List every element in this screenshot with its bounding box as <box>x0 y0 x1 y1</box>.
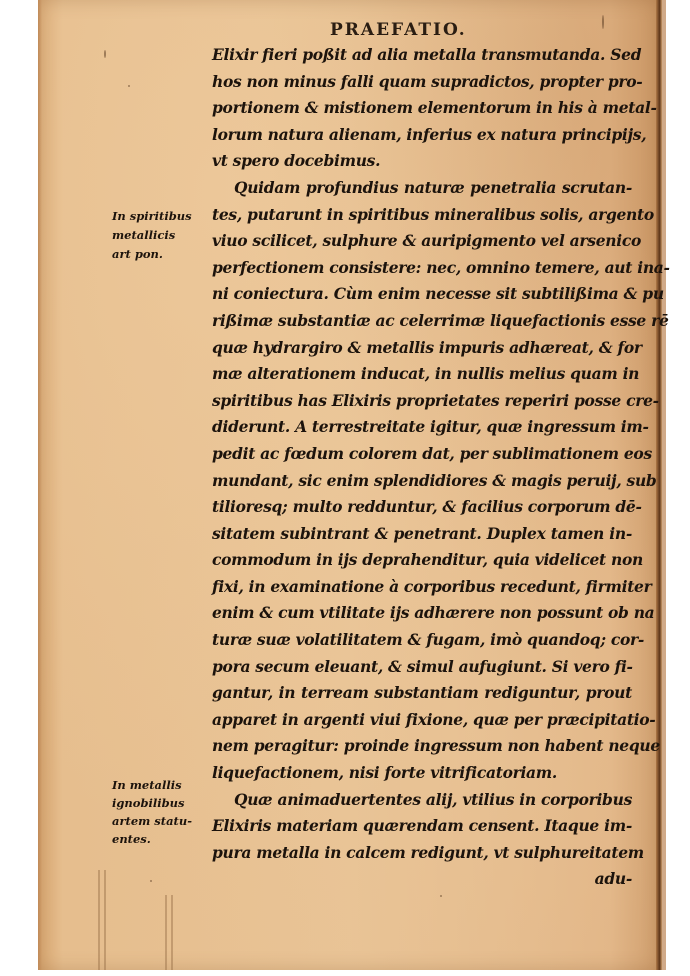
text-line: gantur, in terream substantiam rediguntu… <box>212 680 632 707</box>
page-left-edge <box>38 0 42 970</box>
sidenote-spirits: In spiritibus metallicis art pon. <box>112 207 208 264</box>
sidenote-line: metallicis <box>112 226 208 245</box>
text-line: lorum natura alienam, inferius ex natura… <box>212 122 632 149</box>
text-line: enim & cum vtilitate ijs adhærere non po… <box>212 600 632 627</box>
text-line: pora secum eleuant, & simul aufugiunt. S… <box>212 654 632 681</box>
text-line: turæ suæ volatilitatem & fugam, imò quan… <box>212 627 632 654</box>
text-line: apparet in argenti viui fixione, quæ per… <box>212 707 632 734</box>
text-line: perfectionem consistere: nec, omnino tem… <box>212 255 632 282</box>
sidenote-line: art pon. <box>112 245 208 264</box>
text-line: Quæ animaduertentes alij, vtilius in cor… <box>212 787 632 814</box>
text-line: mæ alterationem inducat, in nullis meliu… <box>212 361 632 388</box>
text-line: ni coniectura. Cùm enim necesse sit subt… <box>212 281 632 308</box>
text-line: Quidam profundius naturæ penetralia scru… <box>212 175 632 202</box>
text-line: tilioresq; multo redduntur, & facilius c… <box>212 494 632 521</box>
text-line: pedit ac fœdum colorem dat, per sublimat… <box>212 441 632 468</box>
catchword: adu- <box>212 866 632 893</box>
text-line: portionem & mistionem elementorum in his… <box>212 95 632 122</box>
body-text: Elixir fieri poßit ad alia metalla trans… <box>212 42 632 893</box>
paper-speck <box>440 895 442 897</box>
text-line: tes, putarunt in spiritibus mineralibus … <box>212 202 632 229</box>
text-line: quæ hydrargiro & metallis impuris adhære… <box>212 335 632 362</box>
paper-speck <box>602 15 604 29</box>
sidenote-metals: In metallis ignobilibus artem statu- ent… <box>112 776 208 848</box>
margin-rule-line <box>98 870 100 970</box>
margin-rule-line <box>165 895 167 970</box>
sidenote-line: entes. <box>112 830 208 848</box>
text-line: liquefactionem, nisi forte vitrificatori… <box>212 760 632 787</box>
sidenote-line: ignobilibus <box>112 794 208 812</box>
text-line: viuo scilicet, sulphure & auripigmento v… <box>212 228 632 255</box>
text-line: nem peragitur: proinde ingressum non hab… <box>212 733 632 760</box>
text-line: fixi, in examinatione à corporibus reced… <box>212 574 632 601</box>
text-line: commodum in ijs deprahenditur, quia vide… <box>212 547 632 574</box>
paper-speck <box>150 880 152 882</box>
margin-rule-line <box>171 895 173 970</box>
text-line: vt spero docebimus. <box>212 148 632 175</box>
running-head: PRAEFATIO. <box>330 20 467 40</box>
paper-speck <box>128 85 130 87</box>
margin-rule-line <box>104 870 106 970</box>
sidenote-line: In spiritibus <box>112 207 208 226</box>
text-line: hos non minus falli quam supradictos, pr… <box>212 69 632 96</box>
text-line: mundant, sic enim splendidiores & magis … <box>212 468 632 495</box>
binding-strip <box>662 0 666 970</box>
text-line: rißimæ substantiæ ac celerrimæ liquefact… <box>212 308 632 335</box>
sidenote-line: In metallis <box>112 776 208 794</box>
text-line: spiritibus has Elixiris proprietates rep… <box>212 388 632 415</box>
text-line: sitatem subintrant & penetrant. Duplex t… <box>212 521 632 548</box>
text-line: Elixir fieri poßit ad alia metalla trans… <box>212 42 632 69</box>
text-line: pura metalla in calcem redigunt, vt sulp… <box>212 840 632 867</box>
text-line: diderunt. A terrestreitate igitur, quæ i… <box>212 414 632 441</box>
text-line: Elixiris materiam quærendam censent. Ita… <box>212 813 632 840</box>
paper-speck <box>104 50 106 58</box>
sidenote-line: artem statu- <box>112 812 208 830</box>
